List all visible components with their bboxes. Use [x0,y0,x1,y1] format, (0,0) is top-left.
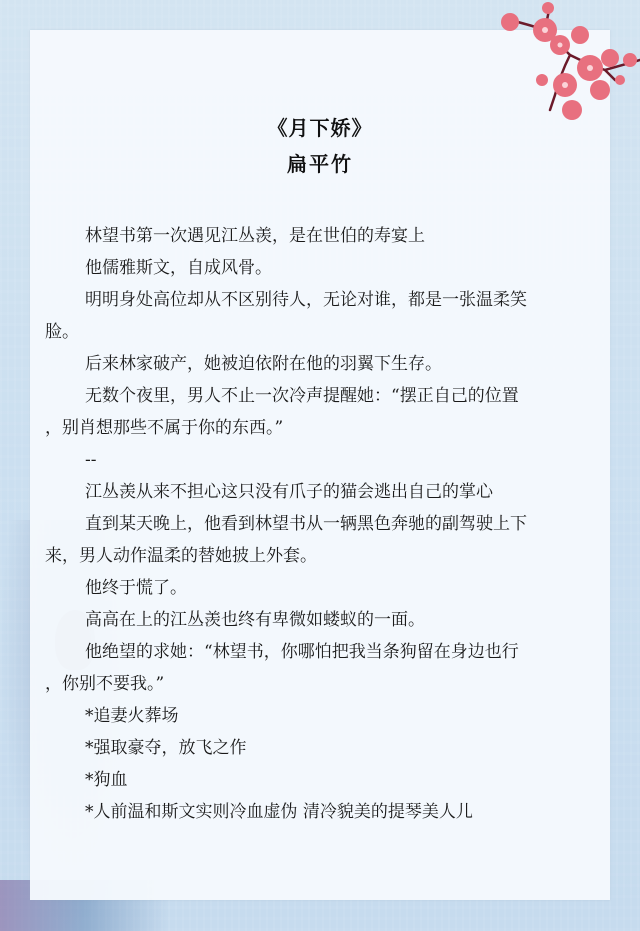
text-line: 高高在上的江丛羡也终有卑微如蝼蚁的一面。 [45,604,600,636]
tag-line: *人前温和斯文实则冷血虚伪 清冷貌美的提琴美人儿 [45,796,600,828]
text-line: 直到某天晚上，他看到林望书从一辆黑色奔驰的副驾驶上下 [45,508,600,540]
text-line: 他终于慌了。 [45,572,600,604]
text-line: ，别肖想那些不属于你的东西。” [45,412,600,444]
text-line: 来，男人动作温柔的替她披上外套。 [45,540,600,572]
text-line: 后来林家破产，她被迫依附在他的羽翼下生存。 [45,348,600,380]
tag-line: *追妻火葬场 [45,700,600,732]
text-line: 无数个夜里，男人不止一次冷声提醒她：“摆正自己的位置 [45,380,600,412]
book-title: 《月下娇》 [0,112,640,141]
text-line: 林望书第一次遇见江丛羡，是在世伯的寿宴上 [45,220,600,252]
synopsis-text: 林望书第一次遇见江丛羡，是在世伯的寿宴上 他儒雅斯文，自成风骨。 明明身处高位却… [45,220,600,828]
tag-line: *强取豪夺，放飞之作 [45,732,600,764]
author-name: 扁平竹 [0,148,640,177]
text-line: 脸。 [45,316,600,348]
text-line: ，你别不要我。” [45,668,600,700]
text-line: 江丛羡从来不担心这只没有爪子的猫会逃出自己的掌心 [45,476,600,508]
text-line: 明明身处高位却从不区别待人，无论对谁，都是一张温柔笑 [45,284,600,316]
plum-blossom-icon [490,0,640,125]
text-line: 他儒雅斯文，自成风骨。 [45,252,600,284]
tag-line: *狗血 [45,764,600,796]
text-line: 他绝望的求她：“林望书，你哪怕把我当条狗留在身边也行 [45,636,600,668]
section-divider: -- [45,444,600,476]
